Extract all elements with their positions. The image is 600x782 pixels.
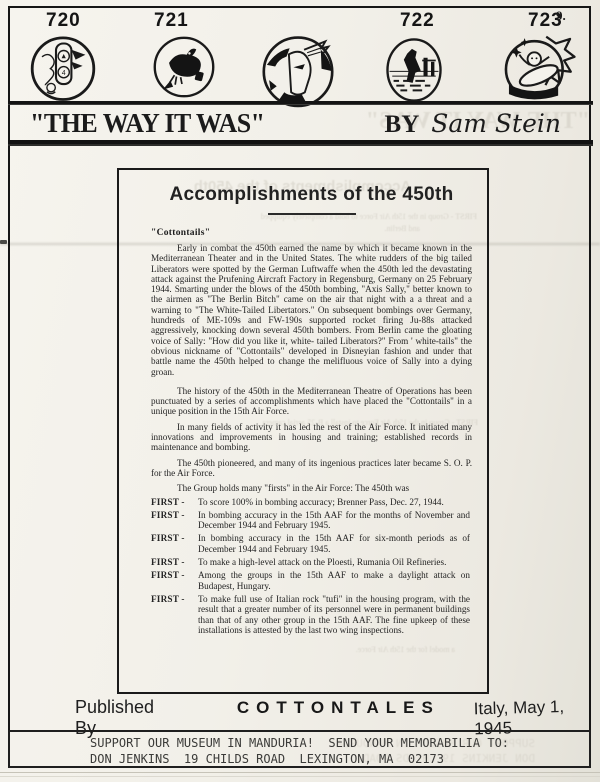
scan-edge-mark [0, 240, 7, 244]
first-list-item: FIRST - To make full use of Italian rock… [151, 594, 472, 635]
group-insignia-globe-knight-icon [260, 32, 336, 110]
museum-notice-box: SUPPORT OUR MUSEUM IN MANDURIA! SEND YOU… [8, 730, 591, 768]
masthead: "THE WAY IT WAS" BY Sam Stein [30, 108, 575, 139]
article-paragraph: In many fields of activity it has led th… [151, 422, 472, 453]
first-list-item: FIRST - In bombing accuracy in the 15th … [151, 510, 472, 531]
firsts-intro: The Group holds many "firsts" in the Air… [151, 483, 472, 493]
squadron-number-721: 721 [154, 10, 189, 32]
squadron-720-insignia-icon: 4 [28, 32, 98, 104]
squadron-number-722: 722 [400, 10, 435, 32]
article-title: Accomplishments of the 450th [151, 184, 472, 206]
article-paragraph: The history of the 450th in the Mediterr… [151, 386, 472, 417]
title-underline [268, 213, 356, 215]
squadron-722-insignia-icon [380, 33, 448, 107]
museum-notice-line2: DON JENKINS 19 CHILDS ROAD LEXINGTON, MA… [90, 751, 509, 767]
page-number: 9. [556, 8, 566, 24]
article-paragraph: Early in combat the 450th earned the nam… [151, 243, 472, 377]
article-paragraph: The 450th pioneered, and many of its ing… [151, 458, 472, 479]
byline: BY Sam Stein [385, 109, 575, 139]
article-box: Accomplishments of the 450th "Cottontail… [117, 168, 489, 694]
author-name: Sam Stein [431, 109, 561, 138]
article-subhead: "Cottontails" [151, 228, 472, 238]
svg-text:4: 4 [62, 70, 66, 77]
first-list-item: FIRST - In bombing accuracy in the 15th … [151, 533, 472, 554]
publisher-name: COTTONTALES [237, 698, 440, 718]
first-list-item: FIRST - To score 100% in bombing accurac… [151, 497, 472, 507]
squadron-721-insignia-icon [150, 32, 218, 102]
paper-fold-line [0, 772, 600, 773]
article-content: Accomplishments of the 450th "Cottontail… [119, 170, 487, 635]
museum-notice-line1: SUPPORT OUR MUSEUM IN MANDURIA! SEND YOU… [90, 735, 509, 751]
first-list-item: FIRST - To make a high-level attack on t… [151, 557, 472, 567]
by-label: BY [385, 111, 420, 139]
museum-notice-text: SUPPORT OUR MUSEUM IN MANDURIA! SEND YOU… [90, 735, 509, 767]
newsletter-title: "THE WAY IT WAS" [30, 108, 265, 139]
divider-rule-top [8, 101, 593, 105]
first-list-item: FIRST - Among the groups in the 15th AAF… [151, 570, 472, 591]
squadron-number-720: 720 [46, 10, 81, 32]
divider-rule-bottom [8, 140, 593, 146]
paper-fold-line [0, 776, 600, 777]
squadron-723-insignia-icon [500, 30, 582, 106]
